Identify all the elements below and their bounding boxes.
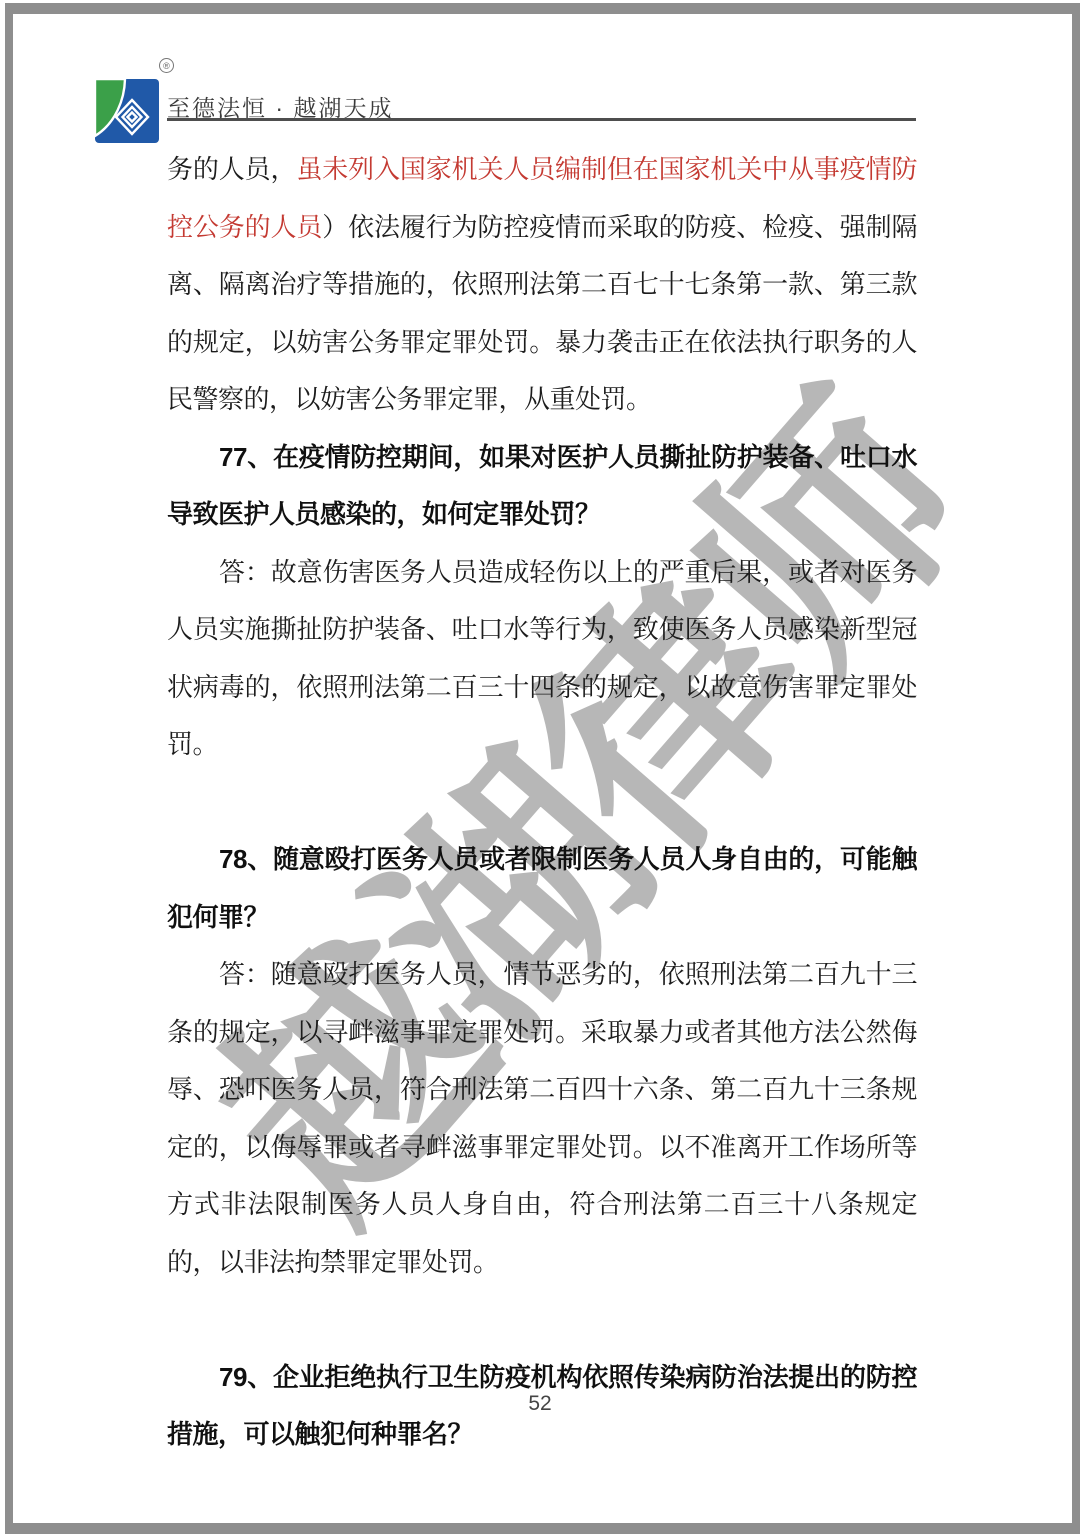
document-body: 务的人员，虽未列入国家机关人员编制但在国家机关中从事疫情防控公务的人员）依法履行… bbox=[167, 141, 917, 1464]
header-divider bbox=[167, 118, 916, 121]
page-number: 52 bbox=[0, 1392, 1080, 1416]
brand-logo bbox=[95, 78, 159, 144]
paragraph-continuation: 务的人员，虽未列入国家机关人员编制但在国家机关中从事疫情防控公务的人员）依法履行… bbox=[167, 141, 917, 429]
question-78: 78、随意殴打医务人员或者限制医务人员人身自由的，可能触犯何罪？ bbox=[167, 831, 917, 946]
answer-77: 答：故意伤害医务人员造成轻伤以上的严重后果，或者对医务人员实施撕扯防护装备、吐口… bbox=[167, 544, 917, 774]
brand-logo-icon bbox=[95, 78, 159, 144]
answer-78: 答：随意殴打医务人员，情节恶劣的，依照刑法第二百九十三条的规定，以寻衅滋事罪定罪… bbox=[167, 946, 917, 1291]
question-77: 77、在疫情防控期间，如果对医护人员撕扯防护装备、吐口水导致医护人员感染的，如何… bbox=[167, 429, 917, 544]
paragraph-continuation-suffix: ）依法履行为防控疫情而采取的防疫、检疫、强制隔离、隔离治疗等措施的，依照刑法第二… bbox=[167, 213, 917, 415]
paragraph-continuation-prefix: 务的人员， bbox=[167, 155, 296, 184]
document-page: 越湖律师 ® 至德法恒 · 越湖天成 务的人员，虽未列入国家机关人员编制但在国家… bbox=[0, 0, 1080, 1534]
registered-trademark-icon: ® bbox=[159, 58, 174, 73]
